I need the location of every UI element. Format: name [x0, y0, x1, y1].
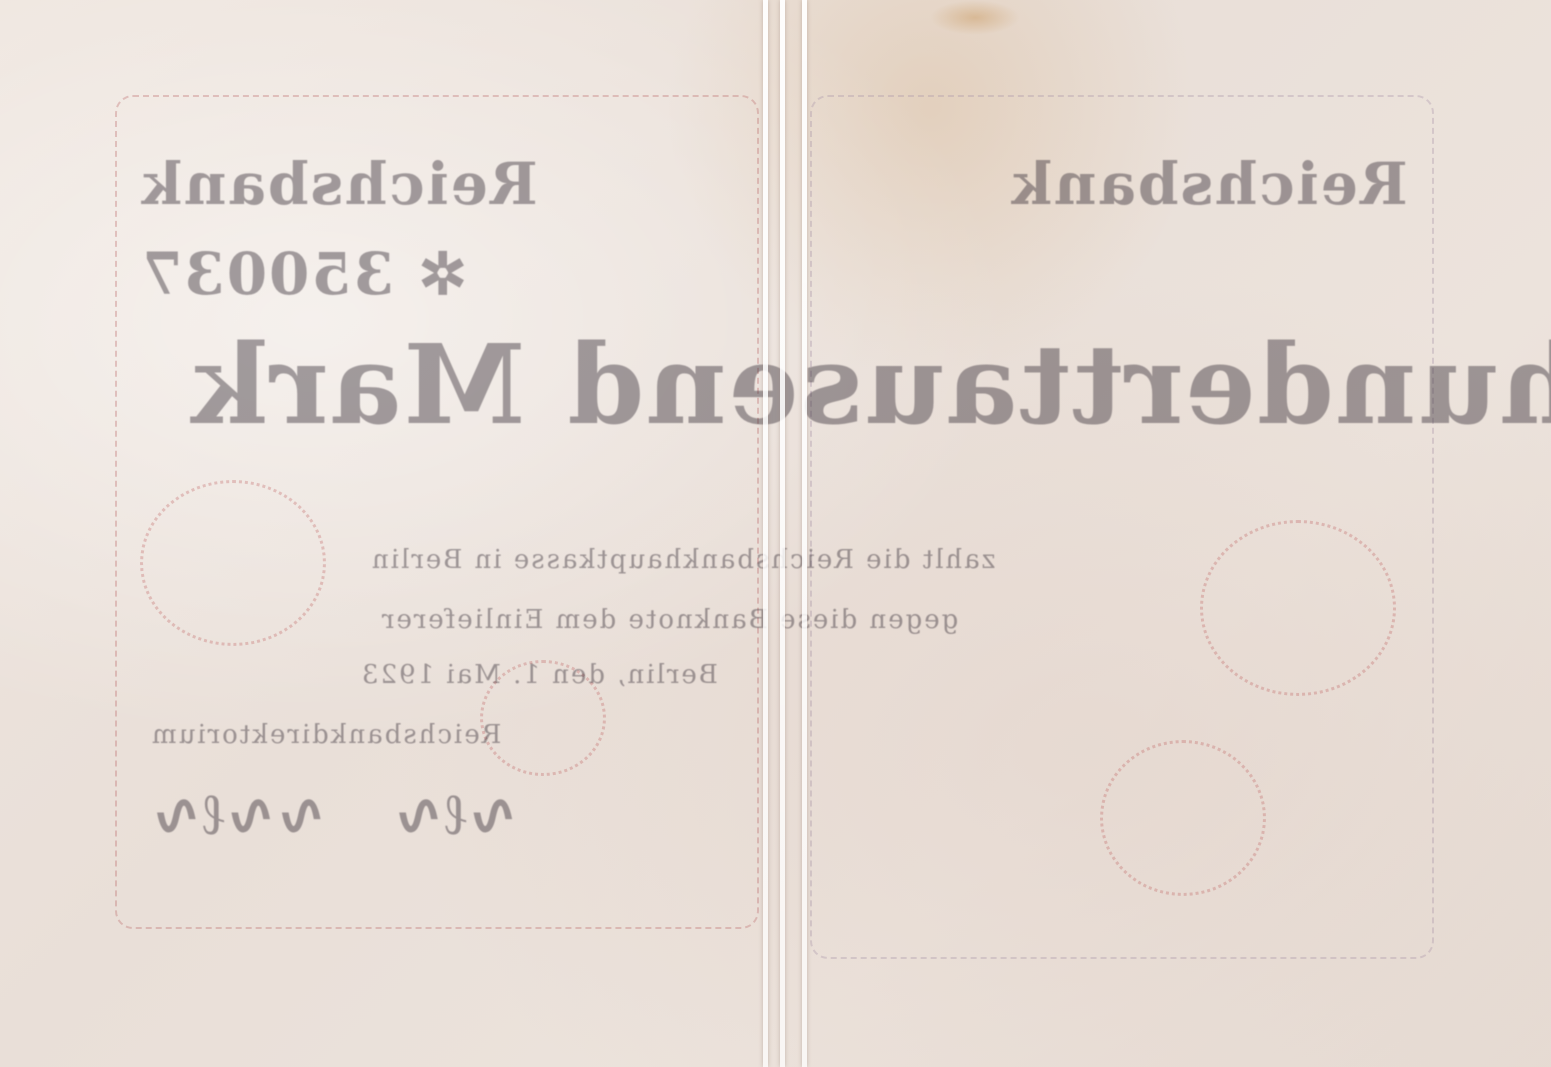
- stain: [930, 0, 1020, 35]
- bleed-through-text: Reichsbank: [1010, 150, 1408, 218]
- ornament: [140, 480, 326, 646]
- bleed-through-line: Berlin, den 1. Mai 1923: [360, 660, 718, 690]
- bleed-through-line: Reichsbankdirektorium: [150, 720, 501, 750]
- fold-crease: [763, 0, 768, 1067]
- bleed-through-line: gegen diese Banknote dem Einlieferer: [380, 605, 958, 635]
- fold-crease: [780, 0, 785, 1067]
- fold-crease: [802, 0, 807, 1067]
- ornament: [1200, 520, 1396, 696]
- bleed-through-serial: ✲ 350037: [140, 240, 467, 308]
- bleed-through-text: Reichsbank: [140, 150, 538, 218]
- ornament: [1100, 740, 1266, 896]
- bleed-through-heading: Fünfhunderttausend Mark: [190, 320, 1551, 449]
- bleed-through-line: zahlt die Reichsbankhauptkasse in Berlin: [370, 545, 995, 575]
- bleed-through-signature: ∿ℓ∿ ∿∿ℓ∿: [150, 780, 517, 848]
- banknote-paper: Reichsbank Reichsbank ✲ 350037 Fünfhunde…: [0, 0, 1551, 1067]
